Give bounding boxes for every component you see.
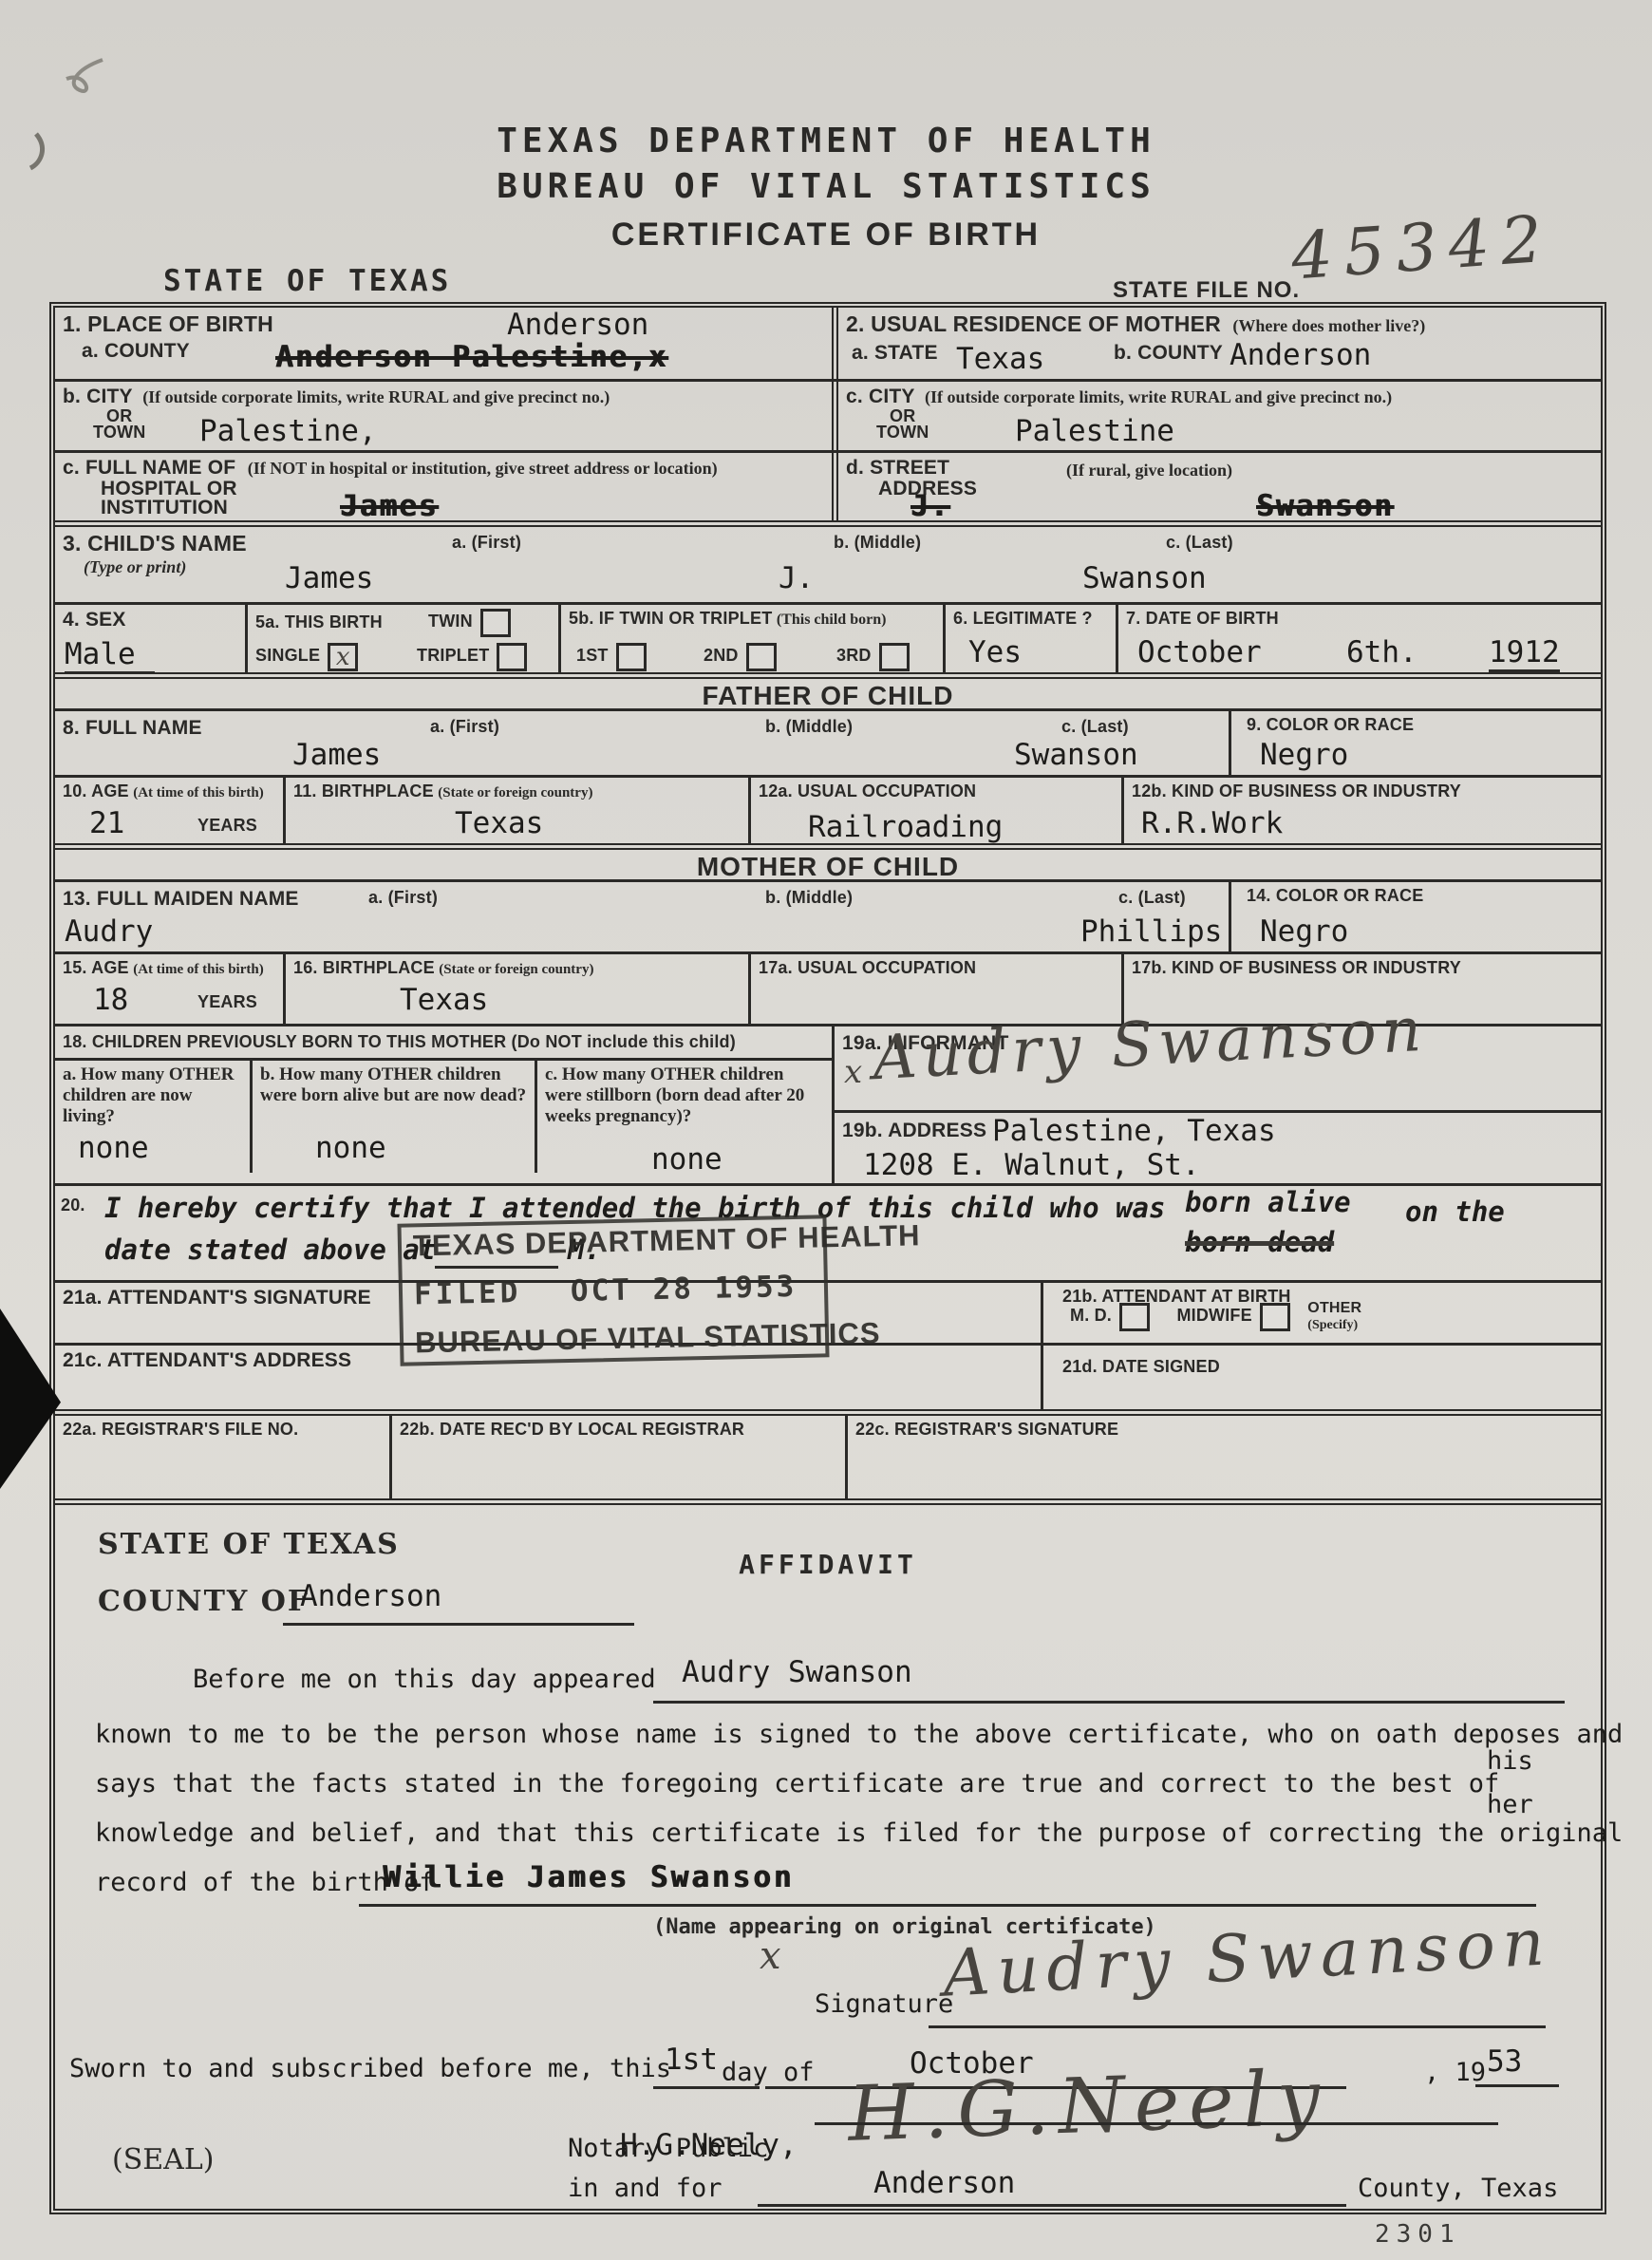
father-age-label: 10. AGE [63,782,129,800]
father-age-years: YEARS [197,816,257,836]
informant-divider [835,1110,1601,1113]
page-number: 2301 [1375,2220,1461,2249]
sworn-year-prefix: , 19 [1424,2058,1486,2087]
mother-birthplace-note: (State or foreign country) [439,962,593,977]
field-children-previously-born: 18. CHILDREN PREVIOUSLY BORN TO THIS MOT… [55,1026,832,1183]
mother-county-label: b. COUNTY [1114,342,1223,365]
field-father-industry: 12b. KIND OF BUSINESS OR INDUSTRY R.R.Wo… [1121,778,1601,843]
father-industry-label: 12b. KIND OF BUSINESS OR INDUSTRY [1132,782,1593,801]
stamp-line-1: TEXAS DEPARTMENT OF HEALTH [413,1221,813,1264]
birth-city-note: (If outside corporate limits, write RURA… [142,387,610,406]
residence-city-value: Palestine [1015,414,1174,448]
birth-city-value: Palestine, [199,414,377,448]
third-born-checkbox [879,643,910,671]
affidavit-county-label: COUNTY OF [98,1585,310,1618]
children-stillborn-question: c. How many OTHER children were stillbor… [545,1064,824,1127]
field-childs-name: 3. CHILD'S NAME (Type or print) a. (Firs… [55,527,1601,602]
affidavit-title: AFFIDAVIT [55,1549,1601,1580]
field-legitimate: 6. LEGITIMATE ? Yes [943,605,1116,672]
mother-age-note: (At time of this birth) [133,962,263,977]
field-registrar-file-no: 22a. REGISTRAR'S FILE NO. [55,1416,389,1498]
birth-month-value: October [1137,635,1262,669]
children-dead-value: none [315,1131,386,1165]
field-father-occupation: 12a. USUAL OCCUPATION Railroading [748,778,1121,843]
registrar-signature-label: 22c. REGISTRAR'S SIGNATURE [855,1420,1118,1439]
children-dead-field: b. How many OTHER children were born ali… [250,1061,535,1173]
sworn-text-2: day of [722,2058,815,2087]
document-title-dept: TEXAS DEPARTMENT OF HEALTH [0,122,1652,160]
street-struck-2: Swanson [1256,489,1394,523]
certification-text-2: date stated above at [104,1234,436,1266]
field-informant: 19a. INFORMANT x Audry Swanson 19b. ADDR… [832,1026,1601,1183]
date-of-birth-label: 7. DATE OF BIRTH [1126,609,1593,629]
attendant-address-label: 21c. ATTENDANT'S ADDRESS [63,1349,351,1371]
informant-address-line1: Palestine, Texas [992,1114,1276,1148]
twin-order-note: (This child born) [777,612,887,628]
other-label: OTHER [1307,1300,1361,1317]
mother-industry-label: 17b. KIND OF BUSINESS OR INDUSTRY [1132,958,1593,978]
single-label: SINGLE [255,646,320,665]
birth-city-label: b. CITY [63,386,133,407]
residence-city-or: OR [890,408,1593,424]
hospital-note: (If NOT in hospital or institution, give… [248,459,718,478]
midwife-label: MIDWIFE [1176,1306,1251,1325]
mother-first-value: Audry [65,914,153,949]
certificate-form: 1. PLACE OF BIRTH Anderson a. COUNTY And… [49,302,1606,2214]
mother-section-header: MOTHER OF CHILD [55,850,1601,879]
childs-middle-value: J. [779,561,814,595]
sex-value: Male [65,637,155,674]
field-twin-triplet-order: 5b. IF TWIN OR TRIPLET (This child born)… [558,605,943,672]
document-title-bureau: BUREAU OF VITAL STATISTICS [0,167,1652,206]
birth-certificate-scan: TEXAS DEPARTMENT OF HEALTH BUREAU OF VIT… [0,0,1652,2260]
affidavit-his: his [1487,1746,1533,1776]
father-age-value: 21 [89,806,124,840]
county-struck-value: Anderson Palestine,x [275,340,667,374]
mother-age-label: 15. AGE [63,958,129,977]
notary-county-line [758,2204,1346,2207]
in-and-for-label: in and for [568,2174,723,2203]
field-mother-name: 13. FULL MAIDEN NAME a. (First) b. (Midd… [55,882,1229,951]
affidavit-body-2: says that the facts stated in the forego… [95,1769,1499,1799]
second-born-checkbox [746,643,777,671]
appeared-value: Audry Swanson [682,1655,912,1689]
stamp-date: OCT 28 1953 [571,1270,798,1309]
filed-stamp: TEXAS DEPARTMENT OF HEALTH FILED OCT 28 … [397,1215,829,1365]
street-label-2: ADDRESS [878,480,1593,499]
mother-last-value: Phillips [1080,914,1222,949]
stamp-line-3: BUREAU OF VITAL STATISTICS [415,1318,815,1361]
sworn-text-1: Sworn to and subscribed before me, this [69,2054,671,2083]
hospital-label-1: c. FULL NAME OF [63,457,235,479]
mother-first-label: a. (First) [368,888,438,908]
appeared-blank-line [653,1701,1565,1704]
attendant-options: M. D. MIDWIFE OTHER (Specify) [1070,1300,1361,1334]
legitimate-value: Yes [968,635,1022,669]
field-birth-city: b. CITY (If outside corporate limits, wr… [55,382,832,450]
triplet-label: TRIPLET [417,646,489,665]
mother-state-value: Texas [956,342,1044,376]
father-race-value: Negro [1260,738,1348,772]
field-father-birthplace: 11. BIRTHPLACE (State or foreign country… [283,778,748,843]
state-file-no-label: STATE FILE NO. [1113,277,1300,304]
field-hospital: c. FULL NAME OF (If NOT in hospital or i… [55,453,832,520]
field-mother-birthplace: 16. BIRTHPLACE (State or foreign country… [283,954,748,1024]
father-age-note: (At time of this birth) [133,785,263,800]
childs-first-label: a. (First) [452,533,521,553]
signature-blank-line [929,2025,1546,2028]
childs-name-label: 3. CHILD'S NAME [63,531,247,556]
sworn-day: 1st [665,2043,718,2077]
date-signed-label: 21d. DATE SIGNED [1062,1357,1220,1377]
street-struck-1: J. [910,489,949,523]
single-option: SINGLEx [255,643,358,671]
childs-middle-label: b. (Middle) [834,533,921,553]
affidavit-body-1: known to me to be the person whose name … [95,1720,1623,1749]
field-registrar-signature: 22c. REGISTRAR'S SIGNATURE [845,1416,1601,1498]
other-specify-note: (Specify) [1307,1317,1361,1334]
street-label-1: d. STREET [846,457,949,479]
sex-label: 4. SEX [63,609,237,631]
childs-last-label: c. (Last) [1166,533,1233,553]
single-checkbox: x [328,643,358,671]
born-alive-option: born alive [1185,1186,1351,1218]
twin-checkbox [480,609,511,637]
childs-first-value: James [285,561,373,595]
father-first-value: James [292,738,381,772]
children-living-question: a. How many OTHER children are now livin… [63,1064,242,1127]
twin-option: TWIN [428,609,511,637]
county-label: a. COUNTY [82,340,190,363]
field-residence-city: c. CITY (If outside corporate limits, wr… [832,382,1601,450]
usual-residence-note: (Where does mother live?) [1232,316,1425,335]
informant-address-line2: 1208 E. Walnut, St. [863,1148,1200,1182]
father-occupation-value: Railroading [808,810,1003,844]
date-recd-label: 22b. DATE REC'D BY LOCAL REGISTRAR [400,1420,744,1439]
mother-race-value: Negro [1260,914,1348,949]
birth-name-blank-line [359,1904,1536,1907]
first-born-label: 1ST [576,646,609,665]
appeared-label: Before me on this day appeared [193,1665,656,1694]
children-living-value: none [78,1131,149,1165]
father-birthplace-note: (State or foreign country) [438,785,592,800]
field-street-address: d. STREET (If rural, give location) ADDR… [832,453,1601,520]
affidavit-county-value: Anderson [300,1579,441,1613]
father-last-value: Swanson [1014,738,1138,772]
field-mother-race: 14. COLOR OR RACE Negro [1229,882,1601,951]
seal-label: (SEAL) [112,2143,214,2176]
residence-city-note: (If outside corporate limits, write RURA… [925,387,1392,406]
father-name-label: 8. FULL NAME [63,717,202,740]
third-born-label: 3RD [836,646,872,665]
md-checkbox [1119,1303,1150,1331]
third-born-option: 3RD [836,643,910,671]
hospital-label-3: INSTITUTION [101,499,824,518]
affidavit-section: STATE OF TEXAS AFFIDAVIT COUNTY OF Ander… [55,1505,1601,2209]
father-birthplace-value: Texas [455,806,543,840]
mother-county-value: Anderson [1230,338,1371,372]
field-this-birth: 5a. THIS BIRTH TWIN SINGLEx TRIPLET [245,605,558,672]
mother-middle-label: b. (Middle) [765,888,853,908]
father-occupation-label: 12a. USUAL OCCUPATION [759,782,1114,801]
registrar-file-no-label: 22a. REGISTRAR'S FILE NO. [63,1420,298,1439]
hospital-label-2: HOSPITAL OR [101,480,824,499]
father-section-header: FATHER OF CHILD [55,679,1601,708]
field-father-race: 9. COLOR OR RACE Negro [1229,711,1601,775]
stamp-filed: FILED [414,1275,522,1311]
triplet-checkbox [497,643,527,671]
mother-last-label: c. (Last) [1118,888,1186,908]
mother-occupation-label: 17a. USUAL OCCUPATION [759,958,1114,978]
mother-race-label: 14. COLOR OR RACE [1247,886,1593,906]
usual-residence-label: 2. USUAL RESIDENCE OF MOTHER [846,311,1221,336]
hospital-struck-value: James [340,489,438,523]
original-birth-name: Willie James Swanson [383,1860,794,1894]
father-industry-value: R.R.Work [1141,806,1283,840]
notary-signature-line [815,2122,1498,2125]
twin-order-label: 5b. IF TWIN OR TRIPLET [569,609,772,628]
stamp-line-2: FILED OCT 28 1953 [414,1270,814,1312]
mother-age-value: 18 [93,983,128,1017]
this-birth-label: 5a. THIS BIRTH [255,612,383,632]
year-blank-line [1475,2084,1559,2087]
children-dead-question: b. How many OTHER children were born ali… [260,1064,527,1106]
father-birthplace-label: 11. BIRTHPLACE [293,782,434,800]
field-father-age: 10. AGE (At time of this birth) 21 YEARS [55,778,283,843]
childs-last-value: Swanson [1082,561,1207,595]
field-mother-age: 15. AGE (At time of this birth) 18 YEARS [55,954,283,1024]
field-place-of-birth: 1. PLACE OF BIRTH Anderson a. COUNTY And… [55,308,832,379]
children-stillborn-value: none [651,1142,723,1177]
children-living-field: a. How many OTHER children are now livin… [55,1061,250,1173]
mother-birthplace-label: 16. BIRTHPLACE [293,958,435,977]
sworn-year: 53 [1487,2044,1522,2079]
county-typed-value: Anderson [507,308,648,342]
first-born-option: 1ST [576,643,647,671]
mother-state-label: a. STATE [852,342,938,365]
certification-on-the: on the [1405,1196,1505,1228]
father-last-label: c. (Last) [1061,717,1129,737]
children-stillborn-field: c. How many OTHER children were stillbor… [535,1061,832,1173]
mother-name-label: 13. FULL MAIDEN NAME [63,888,299,911]
signature-label: Signature [815,1989,953,2019]
affidavit-body-3: knowledge and belief, and that this cert… [95,1818,1623,1848]
children-born-label: 18. CHILDREN PREVIOUSLY BORN TO THIS MOT… [55,1026,832,1061]
birth-year-value: 1912 [1489,635,1560,672]
childs-name-note: (Type or print) [84,557,186,577]
birth-day-value: 6th. [1346,635,1417,669]
midwife-checkbox [1260,1303,1290,1331]
signature-x-mark: x [760,1934,781,1978]
street-note: (If rural, give location) [1066,461,1232,480]
field-usual-residence: 2. USUAL RESIDENCE OF MOTHER (Where does… [832,308,1601,379]
field-sex: 4. SEX Male [55,605,245,672]
affidavit-her: her [1487,1790,1533,1819]
place-of-birth-label: 1. PLACE OF BIRTH [63,311,273,336]
state-of-texas-label: STATE OF TEXAS [163,264,451,298]
county-blank-line [283,1623,634,1626]
residence-city-town: TOWN [876,424,1593,441]
born-dead-option-struck: born dead [1185,1226,1334,1258]
mother-birthplace-value: Texas [400,983,488,1017]
informant-address-label: 19b. ADDRESS [842,1120,986,1142]
twin-label: TWIN [428,612,473,631]
md-label: M. D. [1070,1306,1112,1325]
notary-public-label: Notary Public [568,2134,768,2163]
residence-city-label: c. CITY [846,386,915,407]
single-check-mark: x [336,645,350,669]
certification-number: 20. [61,1196,85,1215]
notary-county-value: Anderson [873,2166,1015,2200]
field-date-signed: M. D. MIDWIFE OTHER (Specify) 21d. DATE … [1041,1346,1601,1409]
father-first-label: a. (First) [430,717,499,737]
father-middle-label: b. (Middle) [765,717,853,737]
second-born-option: 2ND [704,643,777,671]
legitimate-label: 6. LEGITIMATE ? [953,609,1108,629]
first-born-checkbox [616,643,647,671]
informant-x-mark: x [844,1053,862,1091]
triplet-option: TRIPLET [417,643,527,671]
notary-signature: H.G.Neely [847,2053,1331,2158]
field-father-name: 8. FULL NAME a. (First) b. (Middle) c. (… [55,711,1229,775]
county-texas-label: County, Texas [1358,2174,1558,2203]
mother-age-years: YEARS [197,992,257,1012]
father-race-label: 9. COLOR OR RACE [1247,715,1593,735]
field-date-of-birth: 7. DATE OF BIRTH October 6th. 1912 [1116,605,1601,672]
second-born-label: 2ND [704,646,739,665]
attendant-signature-label: 21a. ATTENDANT'S SIGNATURE [63,1287,371,1309]
field-date-recd: 22b. DATE REC'D BY LOCAL REGISTRAR [389,1416,845,1498]
